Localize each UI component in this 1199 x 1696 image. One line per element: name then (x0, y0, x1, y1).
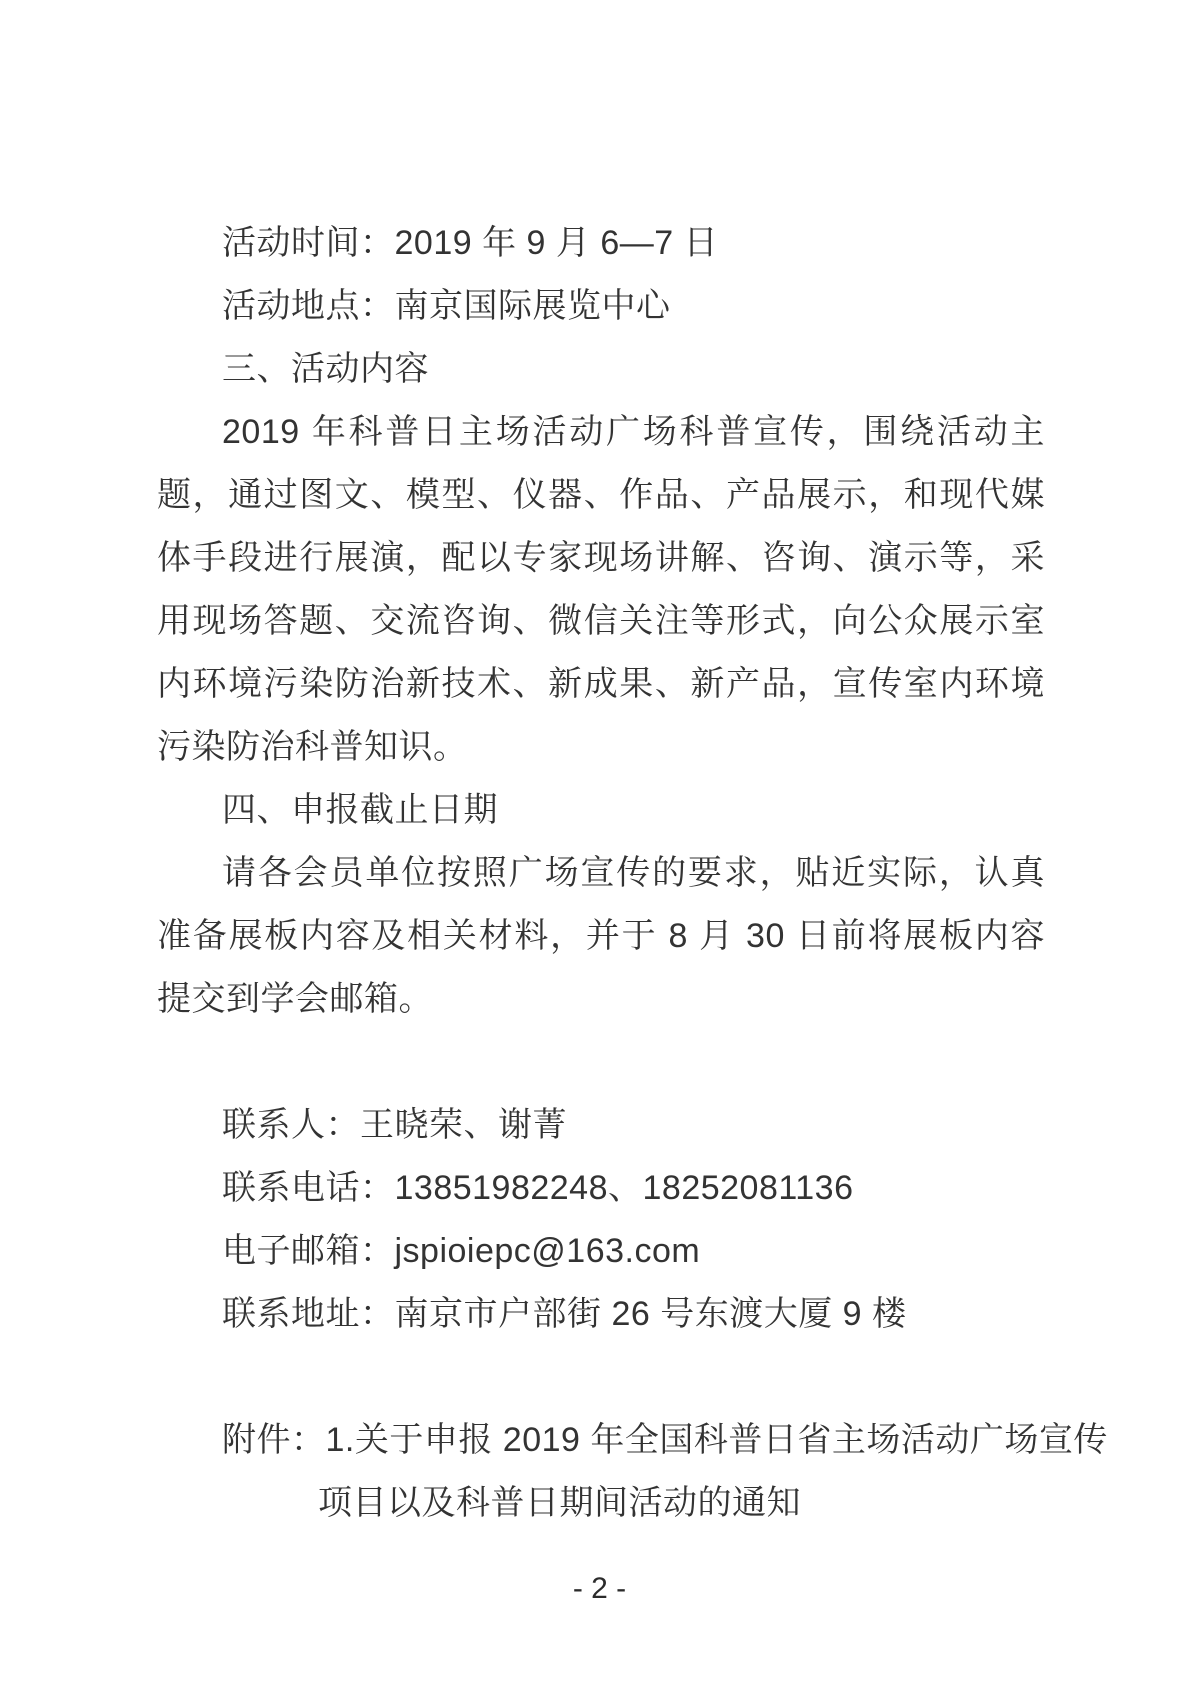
heading-section-4: 四、申报截止日期 (157, 779, 1045, 842)
paragraph-activity-content: 2019 年科普日主场活动广场科普宣传，围绕活动主题，通过图文、模型、仪器、作品… (157, 401, 1045, 779)
line-contact-phone: 联系电话：13851982248、18252081136 (157, 1157, 1045, 1220)
line-contact-address: 联系地址：南京市户部街 26 号东渡大厦 9 楼 (157, 1283, 1045, 1346)
blank-line (157, 1031, 1045, 1094)
document-page-body: 活动时间：2019 年 9 月 6—7 日 活动地点：南京国际展览中心 三、活动… (157, 212, 1045, 1535)
paragraph-deadline: 请各会员单位按照广场宣传的要求，贴近实际，认真准备展板内容及相关材料，并于 8 … (157, 842, 1045, 1031)
line-contact-person: 联系人：王晓荣、谢菁 (157, 1094, 1045, 1157)
line-activity-place: 活动地点：南京国际展览中心 (157, 275, 1045, 338)
heading-section-3: 三、活动内容 (157, 338, 1045, 401)
line-activity-time: 活动时间：2019 年 9 月 6—7 日 (157, 212, 1045, 275)
page-number: - 2 - (0, 1557, 1199, 1620)
attachment-line-2: 项目以及科普日期间活动的通知 (157, 1472, 1045, 1535)
blank-line (157, 1346, 1045, 1409)
line-contact-email: 电子邮箱：jspioiepc@163.com (157, 1220, 1045, 1283)
attachment-line-1: 附件：1.关于申报 2019 年全国科普日省主场活动广场宣传 (157, 1409, 1045, 1472)
attachment-note: 附件：1.关于申报 2019 年全国科普日省主场活动广场宣传 项目以及科普日期间… (157, 1409, 1045, 1535)
